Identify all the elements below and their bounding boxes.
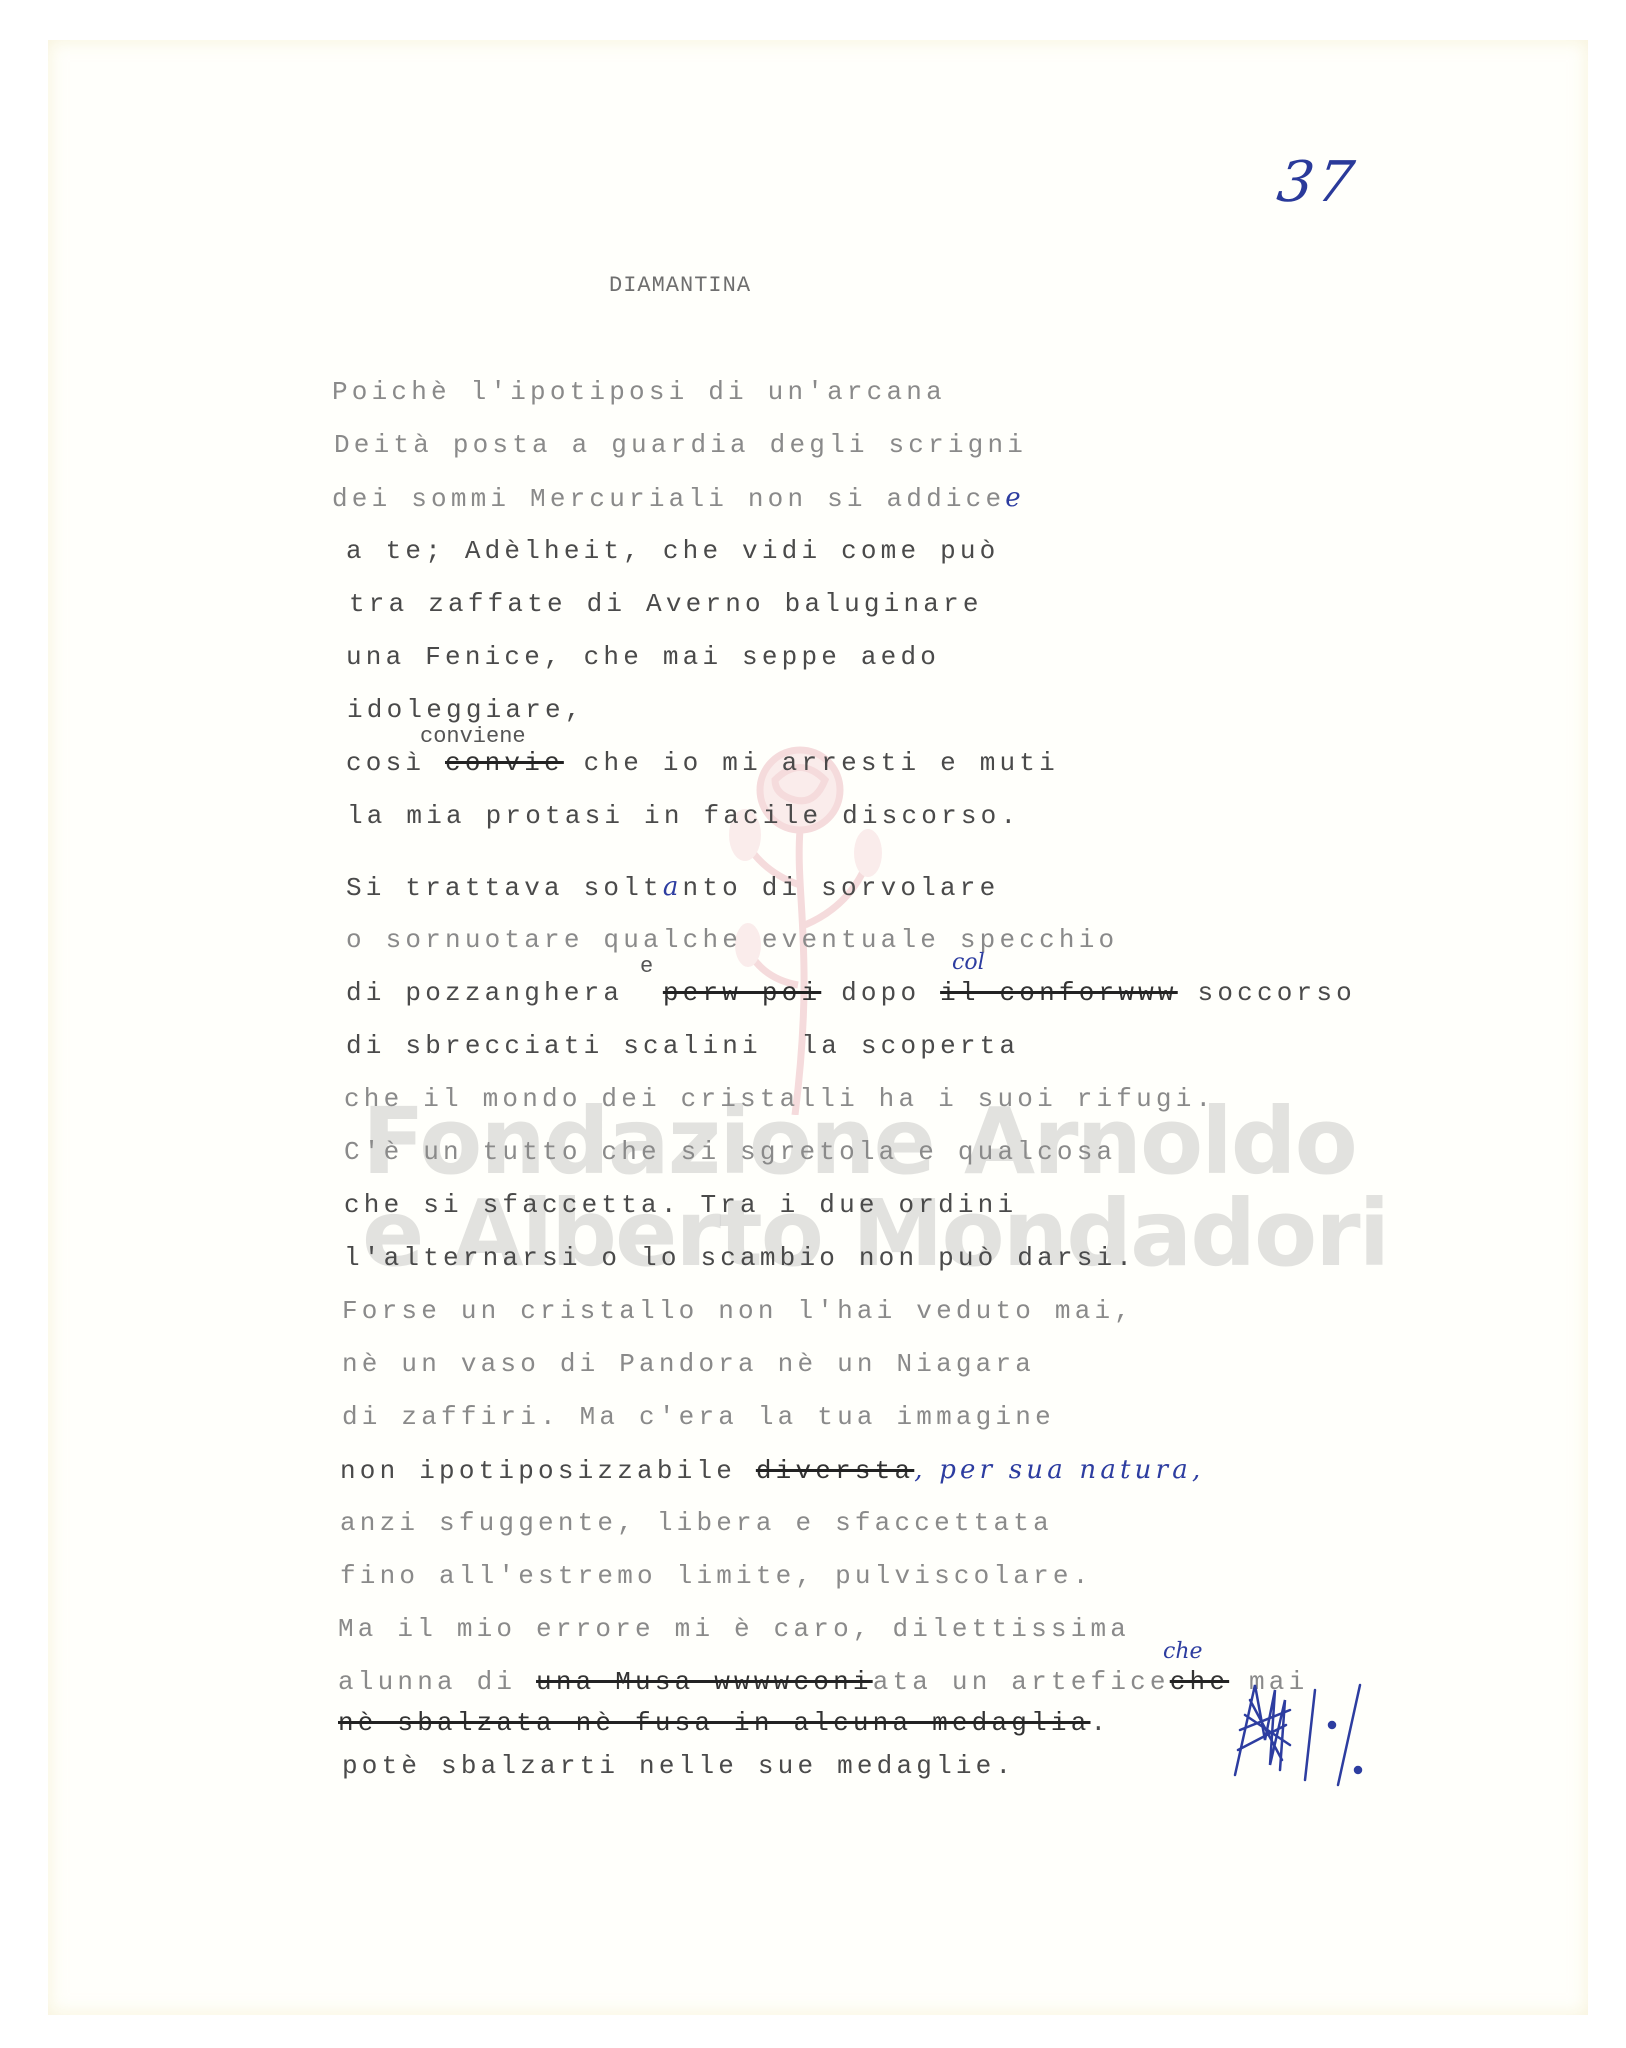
poem-line: Poichè l'ipotiposi di un'arcana — [332, 377, 946, 407]
poem-line: C'è un tutto che si sgretola e qualcosa — [344, 1137, 1116, 1167]
line-text: alunna di — [338, 1667, 536, 1697]
line-text: così — [346, 748, 445, 778]
line-text: che si sfaccetta. Tra i due ordini — [344, 1190, 1017, 1220]
poem-title: DIAMANTINA — [0, 273, 1626, 298]
poem-line: anzi sfuggente, libera e sfaccettata — [340, 1508, 1053, 1538]
line-text: Forse un cristallo non l'hai veduto mai, — [342, 1296, 1134, 1326]
line-text: nè un vaso di Pandora nè un Niagara — [342, 1349, 1035, 1379]
poem-line: potè sbalzarti nelle sue medaglie. — [342, 1751, 1015, 1781]
struck-text: convie — [445, 748, 564, 778]
poem-line: di zaffiri. Ma c'era la tua immagine — [342, 1402, 1055, 1432]
handwritten-correction: e — [1005, 483, 1025, 513]
poem-line: la mia protasi in facile discorso. — [347, 801, 1020, 831]
struck-text: il conforwww — [940, 978, 1178, 1008]
poem-line: l'alternarsi o lo scambio non può darsi. — [344, 1243, 1136, 1273]
poem-line: che si sfaccetta. Tra i due ordini — [344, 1190, 1017, 1220]
line-text: di pozzanghera — [346, 978, 663, 1008]
poem-line: Deità posta a guardia degli scrigni — [334, 430, 1027, 460]
poem-line: a te; Adèlheit, che vidi come può — [346, 536, 999, 566]
line-text: idoleggiare, — [347, 695, 585, 725]
line-text: di zaffiri. Ma c'era la tua immagine — [342, 1402, 1055, 1432]
line-text: anzi sfuggente, libera e sfaccettata — [340, 1508, 1053, 1538]
line-text: C'è un tutto che si sgretola e qualcosa — [344, 1137, 1116, 1167]
line-text: dei sommi Mercuriali non si addice — [332, 484, 1005, 514]
line-text: una Fenice, che mai seppe aedo — [346, 642, 940, 672]
struck-text: perw poi — [663, 978, 821, 1008]
poem-line: di sbrecciati scalini la scoperta — [346, 1031, 1019, 1061]
poem-line: una Fenice, che mai seppe aedo — [346, 642, 940, 672]
line-text: Poichè l'ipotiposi di un'arcana — [332, 377, 946, 407]
line-text: soccorso — [1178, 978, 1356, 1008]
line-text: la mia protasi in facile discorso. — [347, 801, 1020, 831]
poem-line: tra zaffate di Averno baluginare — [349, 589, 983, 619]
poem-line: idoleggiare, — [347, 695, 585, 725]
line-text: a te; Adèlheit, che vidi come può — [346, 536, 999, 566]
poem-line: fino all'estremo limite, pulviscolare. — [340, 1561, 1093, 1591]
handwritten-insertion: , per sua natura, — [914, 1455, 1204, 1485]
line-text: tra zaffate di Averno baluginare — [349, 589, 983, 619]
poem-line: Ma il mio errore mi è caro, dilettissima — [338, 1614, 1130, 1644]
poem-line: dei sommi Mercuriali non si addicee — [332, 483, 1025, 514]
struck-text: una Musa wwwwconi — [536, 1667, 873, 1697]
line-text: potè sbalzarti nelle sue medaglie. — [342, 1751, 1015, 1781]
handwritten-insertion: col — [952, 950, 985, 975]
poem-line: nè un vaso di Pandora nè un Niagara — [342, 1349, 1035, 1379]
page-number: 37 — [1273, 150, 1361, 215]
typed-insertion: conviene — [420, 724, 526, 749]
poem-line: alunna di una Musa wwwwconiata un artefi… — [338, 1667, 1308, 1697]
handwritten-insertion: che — [1163, 1639, 1203, 1664]
poem-line: nè sbalzata nè fusa in alcuna medaglia. — [338, 1708, 1110, 1738]
line-text: l'alternarsi o lo scambio non può darsi. — [344, 1243, 1136, 1273]
line-text: fino all'estremo limite, pulviscolare. — [340, 1561, 1093, 1591]
line-text: nto di sorvolare — [683, 873, 1000, 903]
poem-line: Si trattava soltanto di sorvolare — [346, 872, 999, 903]
line-text: dopo — [821, 978, 940, 1008]
poem-line: che il mondo dei cristalli ha i suoi rif… — [344, 1084, 1215, 1114]
poem-line: di pozzanghera perw poi dopo il conforww… — [346, 978, 1356, 1008]
line-text: . — [1091, 1708, 1111, 1738]
struck-text: diversta — [756, 1456, 914, 1486]
typed-insertion: e — [640, 954, 653, 979]
line-text: Ma il mio errore mi è caro, dilettissima — [338, 1614, 1130, 1644]
line-text: o sornuotare qualche eventuale specchio — [346, 925, 1118, 955]
struck-text: nè sbalzata nè fusa in alcuna medaglia — [338, 1708, 1091, 1738]
poem-line: o sornuotare qualche eventuale specchio — [346, 925, 1118, 955]
poem-line: così convie che io mi arresti e muti — [346, 748, 1059, 778]
line-text: Si trattava solt — [346, 873, 663, 903]
line-text: che il mondo dei cristalli ha i suoi rif… — [344, 1084, 1215, 1114]
line-text: di sbrecciati scalini la scoperta — [346, 1031, 1019, 1061]
line-text: ata un artefice — [873, 1667, 1170, 1697]
margin-scribble-icon — [1220, 1670, 1390, 1790]
poem-line: non ipotiposizzabile diversta, per sua n… — [340, 1455, 1204, 1486]
poem-line: Forse un cristallo non l'hai veduto mai, — [342, 1296, 1134, 1326]
handwritten-correction: a — [663, 872, 683, 902]
line-text: Deità posta a guardia degli scrigni — [334, 430, 1027, 460]
line-text: non ipotiposizzabile — [340, 1456, 756, 1486]
line-text: che io mi arresti e muti — [564, 748, 1059, 778]
